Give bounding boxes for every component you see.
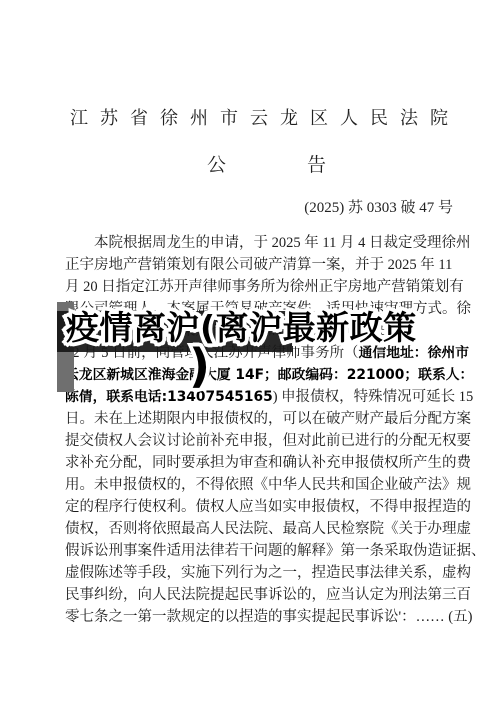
case-number: (2025) 苏 0303 破 47 号 — [304, 196, 453, 217]
court-title: 江苏省徐州市云龙区人民法院 — [70, 104, 460, 130]
body-line-text: 本院根据周龙生的申请，于 2025 年 11 月 4 日裁定受理徐州 — [94, 235, 470, 251]
body-line-text: 提交债权人会议讨论前补充申报，但对此前已进行的分配无权要 — [65, 433, 471, 449]
body-line: 零七条之一第一款规定的以捏造的事实提起民事诉讼'：…… (五) — [65, 606, 465, 628]
body-line-text: 债权，否则将依照最高人民法院、最高人民检察院《关于办理虚 — [65, 521, 471, 537]
body-line-text: 月 20 日指定江苏开声律师事务所为徐州正宇房地产营销策划有 — [65, 279, 464, 295]
body-line-text: 定的程序行使权利。债权人应当如实申报债权，不得申报捏造的 — [65, 499, 471, 515]
body-line: 本院根据周龙生的申请，于 2025 年 11 月 4 日裁定受理徐州 — [65, 232, 465, 254]
document-page: 江苏省徐州市云龙区人民法院 公告 (2025) 苏 0303 破 47 号 本院… — [0, 0, 500, 706]
body-line: 民事纠纷，向人民法院提起民事诉讼的，应当认定为刑法第三百 — [65, 584, 465, 606]
body-line: 虚假陈述等手段，实施下列行为之一，捏造民事法律关系，虚构 — [65, 562, 465, 584]
body-line: 正宇房地产营销策划有限公司破产清算一案，并于 2025 年 11 — [65, 254, 465, 276]
body-line-text: 零七条之一第一款规定的以捏造的事实提起民事诉讼'：…… (五) — [65, 609, 472, 625]
watermark-title-paren: ) — [189, 336, 210, 396]
body-line: 假诉讼刑事案件适用法律若干问题的解释》第一条采取伪造证据、 — [65, 540, 465, 562]
body-line-text: 正宇房地产营销策划有限公司破产清算一案，并于 2025 年 11 — [65, 257, 452, 273]
body-line-bold-text: 云龙区新城区淮海金融大厦 14F；邮政编码：221000；联系人： — [65, 367, 473, 383]
body-line-text: 日。未在上述期限内申报债权的，可以在破产财产最后分配方案 — [65, 411, 471, 427]
body-line-text: ) 申报债权，特殊情况可延长 15 — [273, 389, 474, 405]
body-line: 云龙区新城区淮海金融大厦 14F；邮政编码：221000；联系人： — [65, 364, 465, 386]
body-line-text: 求补充分配，同时要承担为审查和确认补充申报债权所产生的费 — [65, 455, 471, 471]
body-line: 日。未在上述期限内申报债权的，可以在破产财产最后分配方案 — [65, 408, 465, 430]
body-line: 定的程序行使权利。债权人应当如实申报债权，不得申报捏造的 — [65, 496, 465, 518]
body-line-text: 虚假陈述等手段，实施下列行为之一，捏造民事法律关系，虚构 — [65, 565, 471, 581]
body-paragraph: 本院根据周龙生的申请，于 2025 年 11 月 4 日裁定受理徐州正宇房地产营… — [65, 232, 465, 628]
body-line: 求补充分配，同时要承担为审查和确认补充申报债权所产生的费 — [65, 452, 465, 474]
body-line-text: 民事纠纷，向人民法院提起民事诉讼的，应当认定为刑法第三百 — [65, 587, 471, 603]
body-line: 陈倩，联系电话:13407545165) 申报债权，特殊情况可延长 15 — [65, 386, 465, 408]
body-line-text: 假诉讼刑事案件适用法律若干问题的解释》第一条采取伪造证据、 — [65, 543, 486, 559]
watermark-title: 疫情离沪(离沪最新政策 — [66, 306, 417, 350]
body-line-text: 用。未申报债权的，不得依照《中华人民共和国企业破产法》规 — [65, 477, 471, 493]
document-type-heading: 公告 — [207, 150, 407, 177]
body-line: 用。未申报债权的，不得依照《中华人民共和国企业破产法》规 — [65, 474, 465, 496]
body-line: 债权，否则将依照最高人民法院、最高人民检察院《关于办理虚 — [65, 518, 465, 540]
body-line: 提交债权人会议讨论前补充申报，但对此前已进行的分配无权要 — [65, 430, 465, 452]
body-line-bold-text: 陈倩，联系电话:13407545165 — [65, 389, 273, 405]
body-line: 月 20 日指定江苏开声律师事务所为徐州正宇房地产营销策划有 — [65, 276, 465, 298]
